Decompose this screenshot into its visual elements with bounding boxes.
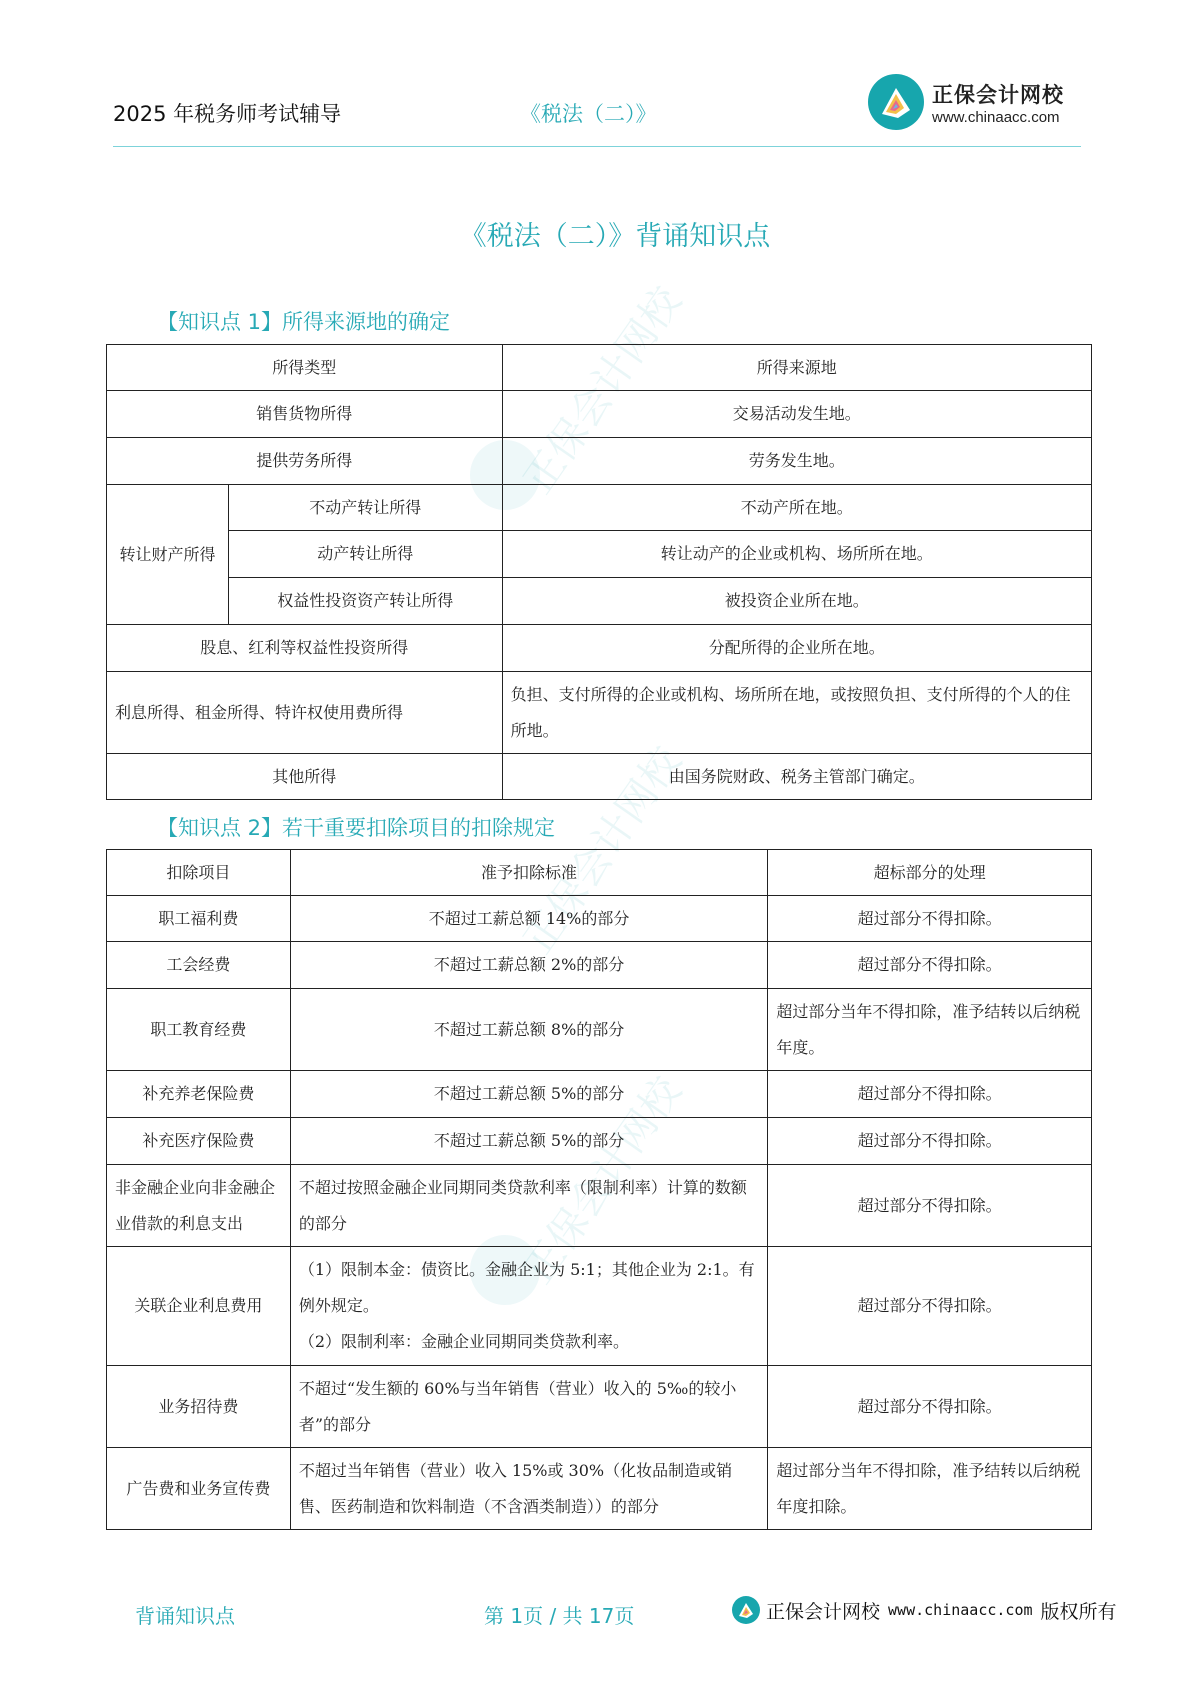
excess-treatment-cell: 超过部分不得扣除。 (768, 1366, 1092, 1448)
income-type-cell: 不动产转让所得 (228, 485, 502, 531)
deduction-item-cell: 业务招待费 (107, 1366, 291, 1448)
excess-treatment-cell: 超过部分不得扣除。 (768, 896, 1092, 942)
deduction-standard-cell: 不超过“发生额的 60%与当年销售（营业）收入的 5‰的较小者”的部分 (290, 1366, 768, 1448)
document-title: 《税法（二）》背诵知识点 (0, 214, 1190, 253)
table-row: 提供劳务所得 劳务发生地。 (107, 438, 1092, 485)
excess-treatment-cell: 超过部分不得扣除。 (768, 942, 1092, 989)
deduction-item-cell: 职工教育经费 (107, 989, 291, 1071)
footer-section-label: 背诵知识点 (135, 1600, 235, 1629)
header-divider (113, 146, 1081, 147)
table-header-row: 扣除项目 准予扣除标准 超标部分的处理 (107, 850, 1092, 896)
income-source-cell: 转让动产的企业或机构、场所所在地。 (502, 531, 1091, 578)
income-source-cell: 由国务院财政、税务主管部门确定。 (502, 754, 1091, 800)
table-row: 职工福利费 不超过工薪总额 14%的部分 超过部分不得扣除。 (107, 896, 1092, 942)
income-type-cell: 权益性投资资产转让所得 (228, 578, 502, 625)
header-subject-title: 《税法（二）》 (520, 98, 657, 128)
table-header-cell: 准予扣除标准 (290, 850, 768, 896)
standard-line-1: （1）限制本金：债资比。金融企业为 5:1；其他企业为 2:1。有例外规定。 (299, 1252, 760, 1324)
standard-line-2: （2）限制利率：金融企业同期同类贷款利率。 (299, 1324, 760, 1360)
table-row: 补充医疗保险费 不超过工薪总额 5%的部分 超过部分不得扣除。 (107, 1118, 1092, 1165)
logo-url: www.chinaacc.com (932, 109, 1064, 126)
income-source-cell: 交易活动发生地。 (502, 391, 1091, 438)
deduction-standard-cell: 不超过工薪总额 14%的部分 (290, 896, 768, 942)
table-row: 补充养老保险费 不超过工薪总额 5%的部分 超过部分不得扣除。 (107, 1071, 1092, 1118)
footer-rights: 版权所有 (1041, 1597, 1117, 1624)
header-exam-title: 2025 年税务师考试辅导 (113, 98, 341, 128)
table-header-cell: 所得类型 (107, 345, 503, 391)
chinaacc-logo-icon (868, 74, 924, 130)
excess-treatment-cell: 超过部分不得扣除。 (768, 1165, 1092, 1247)
table-row: 其他所得 由国务院财政、税务主管部门确定。 (107, 754, 1092, 800)
income-source-cell: 劳务发生地。 (502, 438, 1091, 485)
deduction-item-cell: 关联企业利息费用 (107, 1247, 291, 1366)
deduction-item-cell: 补充医疗保险费 (107, 1118, 291, 1165)
income-source-cell: 被投资企业所在地。 (502, 578, 1091, 625)
table-row: 工会经费 不超过工薪总额 2%的部分 超过部分不得扣除。 (107, 942, 1092, 989)
excess-treatment-cell: 超过部分不得扣除。 (768, 1118, 1092, 1165)
excess-treatment-cell: 超过部分不得扣除。 (768, 1071, 1092, 1118)
income-source-cell: 负担、支付所得的企业或机构、场所所在地，或按照负担、支付所得的个人的住所地。 (502, 672, 1091, 754)
income-source-cell: 不动产所在地。 (502, 485, 1091, 531)
income-group-cell: 转让财产所得 (107, 485, 229, 625)
table-row: 职工教育经费 不超过工薪总额 8%的部分 超过部分当年不得扣除，准予结转以后纳税… (107, 989, 1092, 1071)
excess-treatment-cell: 超过部分当年不得扣除，准予结转以后纳税年度。 (768, 989, 1092, 1071)
table-row: 利息所得、租金所得、特许权使用费所得 负担、支付所得的企业或机构、场所所在地，或… (107, 672, 1092, 754)
table-row: 关联企业利息费用 （1）限制本金：债资比。金融企业为 5:1；其他企业为 2:1… (107, 1247, 1092, 1366)
income-type-cell: 利息所得、租金所得、特许权使用费所得 (107, 672, 503, 754)
page-indicator: 第 1页 / 共 17页 (484, 1600, 634, 1629)
deduction-item-cell: 工会经费 (107, 942, 291, 989)
table-row: 非金融企业向非金融企业借款的利息支出 不超过按照金融企业同期同类贷款利率（限制利… (107, 1165, 1092, 1247)
table-row: 股息、红利等权益性投资所得 分配所得的企业所在地。 (107, 625, 1092, 672)
deduction-item-cell: 广告费和业务宣传费 (107, 1448, 291, 1530)
deduction-item-cell: 补充养老保险费 (107, 1071, 291, 1118)
income-type-cell: 销售货物所得 (107, 391, 503, 438)
brand-logo: 正保会计网校 www.chinaacc.com (868, 74, 1064, 130)
table-row: 销售货物所得 交易活动发生地。 (107, 391, 1092, 438)
table-row: 权益性投资资产转让所得 被投资企业所在地。 (107, 578, 1092, 625)
chinaacc-logo-icon (732, 1596, 760, 1624)
table-row: 转让财产所得 不动产转让所得 不动产所在地。 (107, 485, 1092, 531)
table-header-cell: 扣除项目 (107, 850, 291, 896)
income-type-cell: 提供劳务所得 (107, 438, 503, 485)
footer-copyright: 正保会计网校 www.chinaacc.com 版权所有 (732, 1596, 1117, 1624)
table-header-cell: 超标部分的处理 (768, 850, 1092, 896)
excess-treatment-cell: 超过部分当年不得扣除，准予结转以后纳税年度扣除。 (768, 1448, 1092, 1530)
deduction-standard-cell: 不超过按照金融企业同期同类贷款利率（限制利率）计算的数额的部分 (290, 1165, 768, 1247)
section-title-2: 【知识点 2】若干重要扣除项目的扣除规定 (157, 812, 555, 842)
deduction-item-cell: 非金融企业向非金融企业借款的利息支出 (107, 1165, 291, 1247)
deduction-item-cell: 职工福利费 (107, 896, 291, 942)
table-row: 业务招待费 不超过“发生额的 60%与当年销售（营业）收入的 5‰的较小者”的部… (107, 1366, 1092, 1448)
table-header-cell: 所得来源地 (502, 345, 1091, 391)
deduction-standard-cell: （1）限制本金：债资比。金融企业为 5:1；其他企业为 2:1。有例外规定。 （… (290, 1247, 768, 1366)
footer-brand: 正保会计网校 (766, 1597, 880, 1624)
deduction-standard-cell: 不超过工薪总额 5%的部分 (290, 1118, 768, 1165)
section-title-1: 【知识点 1】所得来源地的确定 (157, 306, 450, 336)
income-type-cell: 股息、红利等权益性投资所得 (107, 625, 503, 672)
income-type-cell: 其他所得 (107, 754, 503, 800)
table-header-row: 所得类型 所得来源地 (107, 345, 1092, 391)
deduction-standard-cell: 不超过工薪总额 5%的部分 (290, 1071, 768, 1118)
deduction-standard-cell: 不超过工薪总额 2%的部分 (290, 942, 768, 989)
excess-treatment-cell: 超过部分不得扣除。 (768, 1247, 1092, 1366)
table-row: 动产转让所得 转让动产的企业或机构、场所所在地。 (107, 531, 1092, 578)
footer-url: www.chinaacc.com (888, 1601, 1033, 1619)
logo-brand-name: 正保会计网校 (932, 79, 1064, 109)
income-type-cell: 动产转让所得 (228, 531, 502, 578)
deduction-standard-cell: 不超过工薪总额 8%的部分 (290, 989, 768, 1071)
table-row: 广告费和业务宣传费 不超过当年销售（营业）收入 15%或 30%（化妆品制造或销… (107, 1448, 1092, 1530)
income-source-table: 所得类型 所得来源地 销售货物所得 交易活动发生地。 提供劳务所得 劳务发生地。… (106, 344, 1092, 800)
deduction-standard-cell: 不超过当年销售（营业）收入 15%或 30%（化妆品制造或销售、医药制造和饮料制… (290, 1448, 768, 1530)
deduction-table: 扣除项目 准予扣除标准 超标部分的处理 职工福利费 不超过工薪总额 14%的部分… (106, 849, 1092, 1530)
income-source-cell: 分配所得的企业所在地。 (502, 625, 1091, 672)
